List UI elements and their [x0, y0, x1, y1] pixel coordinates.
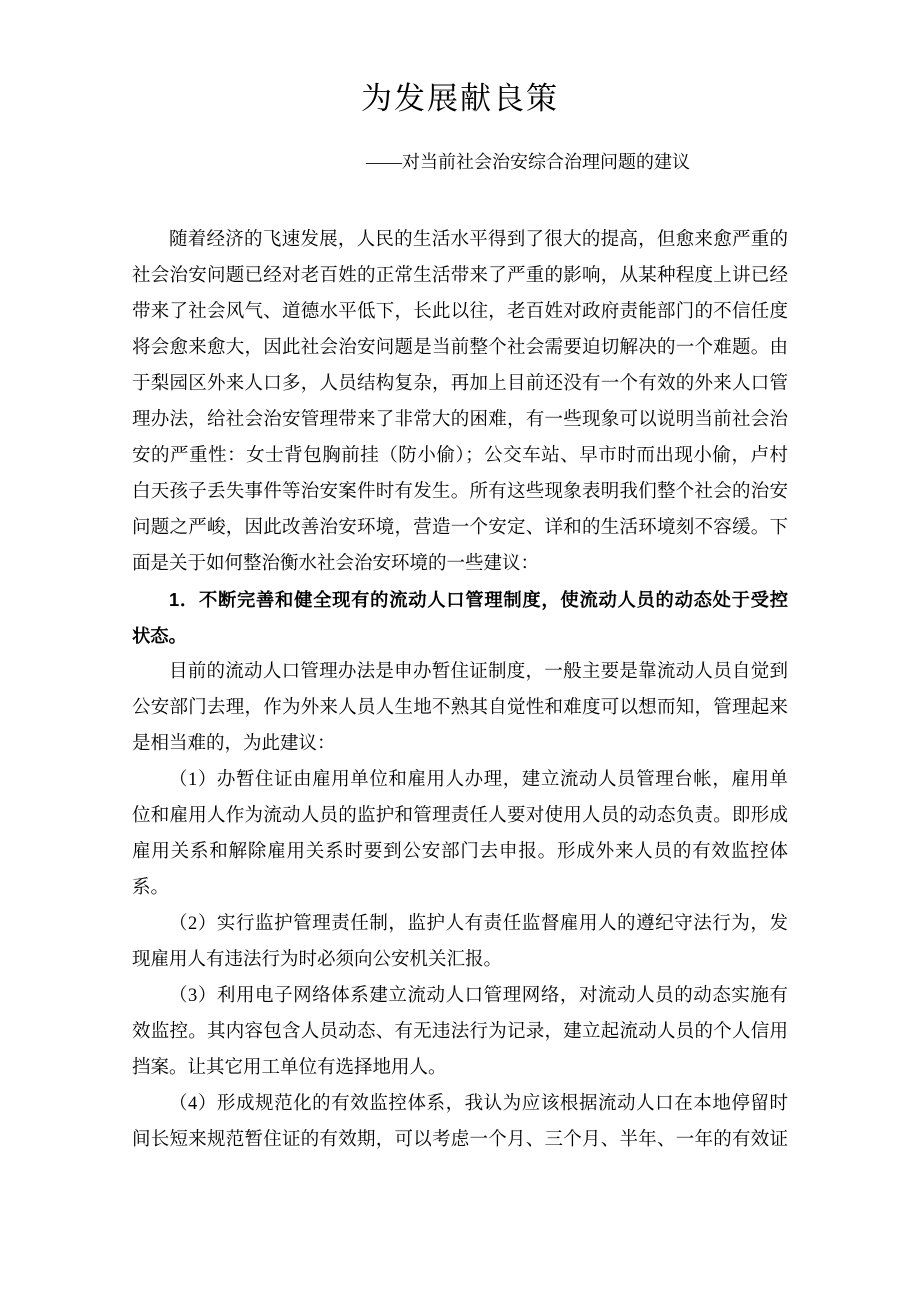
- section-heading: 1．不断完善和健全现有的流动人口管理制度，使流动人员的动态处于受控状态。: [132, 582, 788, 654]
- document-body: 随着经济的飞速发展，人民的生活水平得到了很大的提高，但愈来愈严重的社会治安问题已…: [132, 222, 788, 1158]
- text-line: 安的严重性：女士背包胸前挂（防小偷）；公交车站、早市时而出现小偷，卢村: [132, 438, 788, 474]
- paragraph: 目前的流动人口管理办法是申办暂住证制度，一般主要是靠流动人员自觉到公安部门去理，…: [132, 654, 788, 762]
- text-line: 现雇用人有违法行为时必须向公安机关汇报。: [132, 942, 788, 978]
- text-line: 雇用关系和解除雇用关系时要到公安部门去申报。形成外来人员的有效监控体: [132, 834, 788, 870]
- text-line: 效监控。其内容包含人员动态、有无违法行为记录，建立起流动人员的个人信用: [132, 1014, 788, 1050]
- text-line: 1．不断完善和健全现有的流动人口管理制度，使流动人员的动态处于受控: [132, 582, 788, 618]
- text-line: 是相当难的，为此建议：: [132, 726, 788, 762]
- text-line: 带来了社会风气、道德水平低下，长此以往，老百姓对政府责能部门的不信任度: [132, 294, 788, 330]
- text-line: 问题之严峻，因此改善治安环境，营造一个安定、详和的生活环境刻不容缓。下: [132, 510, 788, 546]
- paragraph: （3）利用电子网络体系建立流动人口管理网络，对流动人员的动态实施有效监控。其内容…: [132, 978, 788, 1086]
- paragraph: （2）实行监护管理责任制，监护人有责任监督雇用人的遵纪守法行为，发现雇用人有违法…: [132, 906, 788, 978]
- document-title: 为发展献良策: [132, 0, 788, 123]
- text-line: 目前的流动人口管理办法是申办暂住证制度，一般主要是靠流动人员自觉到: [132, 654, 788, 690]
- paragraph: （1）办暂住证由雇用单位和雇用人办理，建立流动人员管理台帐，雇用单位和雇用人作为…: [132, 762, 788, 906]
- paragraph: （4）形成规范化的有效监控体系，我认为应该根据流动人口在本地停留时间长短来规范暂…: [132, 1086, 788, 1158]
- text-line: 将会愈来愈大，因此社会治安问题是当前整个社会需要迫切解决的一个难题。由: [132, 330, 788, 366]
- text-line: 位和雇用人作为流动人员的监护和管理责任人要对使用人员的动态负责。即形成: [132, 798, 788, 834]
- document-subtitle: ——对当前社会治安综合治理问题的建议: [132, 149, 788, 175]
- document-content: 为发展献良策 ——对当前社会治安综合治理问题的建议 随着经济的飞速发展，人民的生…: [0, 0, 920, 1158]
- text-line: 随着经济的飞速发展，人民的生活水平得到了很大的提高，但愈来愈严重的: [132, 222, 788, 258]
- text-line: 系。: [132, 870, 788, 906]
- paragraph: 随着经济的飞速发展，人民的生活水平得到了很大的提高，但愈来愈严重的社会治安问题已…: [132, 222, 788, 582]
- text-line: 理办法，给社会治安管理带来了非常大的困难，有一些现象可以说明当前社会治: [132, 402, 788, 438]
- document-page: 为发展献良策 ——对当前社会治安综合治理问题的建议 随着经济的飞速发展，人民的生…: [0, 0, 920, 1302]
- text-line: 白天孩子丢失事件等治安案件时有发生。所有这些现象表明我们整个社会的治安: [132, 474, 788, 510]
- text-line: 面是关于如何整治衡水社会治安环境的一些建议：: [132, 546, 788, 582]
- text-line: （2）实行监护管理责任制，监护人有责任监督雇用人的遵纪守法行为，发: [132, 906, 788, 942]
- text-line: （1）办暂住证由雇用单位和雇用人办理，建立流动人员管理台帐，雇用单: [132, 762, 788, 798]
- text-line: 间长短来规范暂住证的有效期，可以考虑一个月、三个月、半年、一年的有效证: [132, 1122, 788, 1158]
- text-line: 于梨园区外来人口多，人员结构复杂，再加上目前还没有一个有效的外来人口管: [132, 366, 788, 402]
- text-line: 公安部门去理，作为外来人员人生地不熟其自觉性和难度可以想而知，管理起来: [132, 690, 788, 726]
- text-line: 挡案。让其它用工单位有选择地用人。: [132, 1050, 788, 1086]
- text-line: 状态。: [132, 618, 788, 654]
- text-line: 社会治安问题已经对老百姓的正常生活带来了严重的影响，从某种程度上讲已经: [132, 258, 788, 294]
- text-line: （4）形成规范化的有效监控体系，我认为应该根据流动人口在本地停留时: [132, 1086, 788, 1122]
- text-line: （3）利用电子网络体系建立流动人口管理网络，对流动人员的动态实施有: [132, 978, 788, 1014]
